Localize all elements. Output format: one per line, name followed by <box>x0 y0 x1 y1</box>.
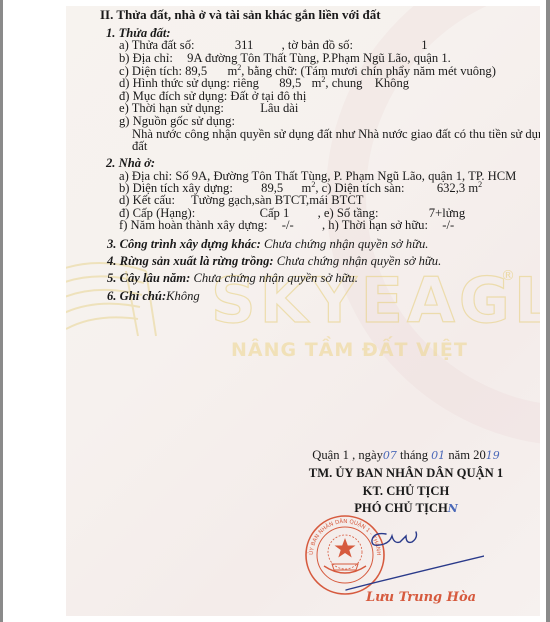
label: , tờ bản đồ số: <box>282 38 353 52</box>
parcel-number-value: 311 <box>235 38 253 52</box>
notes: 6. Ghi chú:Không <box>107 289 200 303</box>
house-completion: f) Năm hoàn thành xây dựng: -/- , h) Thờ… <box>119 218 454 232</box>
label: b) Địa chỉ: <box>119 51 173 65</box>
completion-year-value: -/- <box>282 218 294 232</box>
day-value: 07 <box>383 449 397 462</box>
shared-area-value: Không <box>375 76 409 90</box>
label: tháng <box>400 448 428 462</box>
other-construction: 3. Công trình xây dựng khác: Chưa chứng … <box>107 237 428 251</box>
land-term: e) Thời hạn sử dụng: Lâu dài <box>119 101 298 115</box>
house-heading: 2. Nhà ở: <box>106 156 155 170</box>
label: f) Năm hoàn thành xây dựng: <box>119 218 267 232</box>
value: Không <box>166 289 200 303</box>
watermark-slogan: NÂNG TẦM ĐẤT VIỆT <box>231 339 468 361</box>
land-usage-form: d) Hình thức sử dụng: riêng 89,5 m2, chu… <box>119 76 409 90</box>
label: 3. Công trình xây dựng khác: <box>107 237 261 251</box>
handwritten-signature-icon <box>324 514 484 594</box>
label: , h) Thời hạn sở hữu: <box>322 218 428 232</box>
window-frame-right <box>546 0 550 622</box>
land-address: b) Địa chỉ: 9A đường Tôn Thất Tùng, P.Ph… <box>119 51 451 65</box>
land-parcel-number: a) Thửa đất số: 311 , tờ bản đồ số: 1 <box>119 38 428 52</box>
land-origin-value-cont: đất <box>132 139 147 153</box>
land-address-value: 9A đường Tôn Thất Tùng, P.Phạm Ngũ Lão, … <box>187 51 451 65</box>
label: d) Kết cấu: <box>119 193 175 207</box>
value: Chưa chứng nhận quyền sở hữu. <box>264 237 428 251</box>
label: 4. Rừng sản xuất là rừng trồng: <box>107 254 274 268</box>
issuing-authority: TM. ỦY BAN NHÂN DÂN QUẬN 1 <box>286 466 526 480</box>
signer-role-1: KT. CHỦ TỊCH <box>286 484 526 498</box>
perennial-trees: 5. Cây lâu năm: Chưa chứng nhận quyền sở… <box>107 271 358 285</box>
label: a) Thửa đất số: <box>119 38 195 52</box>
planted-forest: 4. Rừng sản xuất là rừng trồng: Chưa chứ… <box>107 254 441 268</box>
issue-date: Quận 1 , ngày07 tháng 01 năm 2019 <box>286 448 526 463</box>
land-term-value: Lâu dài <box>260 101 298 115</box>
label: PHÓ CHỦ TỊCH <box>354 501 448 515</box>
label: 5. Cây lâu năm: <box>107 271 190 285</box>
value: Chưa chứng nhận quyền sở hữu. <box>193 271 357 285</box>
certificate-page: SKYEAGLE ® NÂNG TẦM ĐẤT VIỆT II. Thửa đấ… <box>66 6 540 616</box>
unit: m <box>312 76 322 90</box>
floor-area-value: 632,3 <box>437 181 465 195</box>
month-value: 01 <box>431 449 445 462</box>
year-value: 19 <box>486 449 500 462</box>
house-structure: d) Kết cấu: Tường gạch,sàn BTCT,mái BTCT <box>119 193 363 207</box>
signer-name: Lưu Trung Hòa <box>366 590 476 605</box>
value: Chưa chứng nhận quyền sở hữu. <box>277 254 441 268</box>
label: , chung <box>325 76 362 90</box>
label: e) Thời hạn sử dụng: <box>119 101 224 115</box>
structure-value: Tường gạch,sàn BTCT,mái BTCT <box>191 193 363 207</box>
label: năm 20 <box>448 448 485 462</box>
window-frame-left <box>0 0 3 622</box>
private-area-value: 89,5 <box>279 76 301 90</box>
ownership-term-value: -/- <box>442 218 454 232</box>
label: 6. Ghi chú: <box>107 289 166 303</box>
land-origin-label: g) Nguồn gốc sử dụng: <box>119 114 235 128</box>
land-origin-value: Nhà nước công nhận quyền sử dụng đất như… <box>132 127 540 141</box>
section-title: II. Thửa đất, nhà ở và tài sản khác gắn … <box>100 8 381 22</box>
watermark-registered: ® <box>501 268 515 284</box>
label: Quận 1 , ngày <box>312 448 383 462</box>
unit: m <box>468 181 478 195</box>
map-sheet-value: 1 <box>421 38 427 52</box>
label: d) Hình thức sử dụng: riêng <box>119 76 259 90</box>
